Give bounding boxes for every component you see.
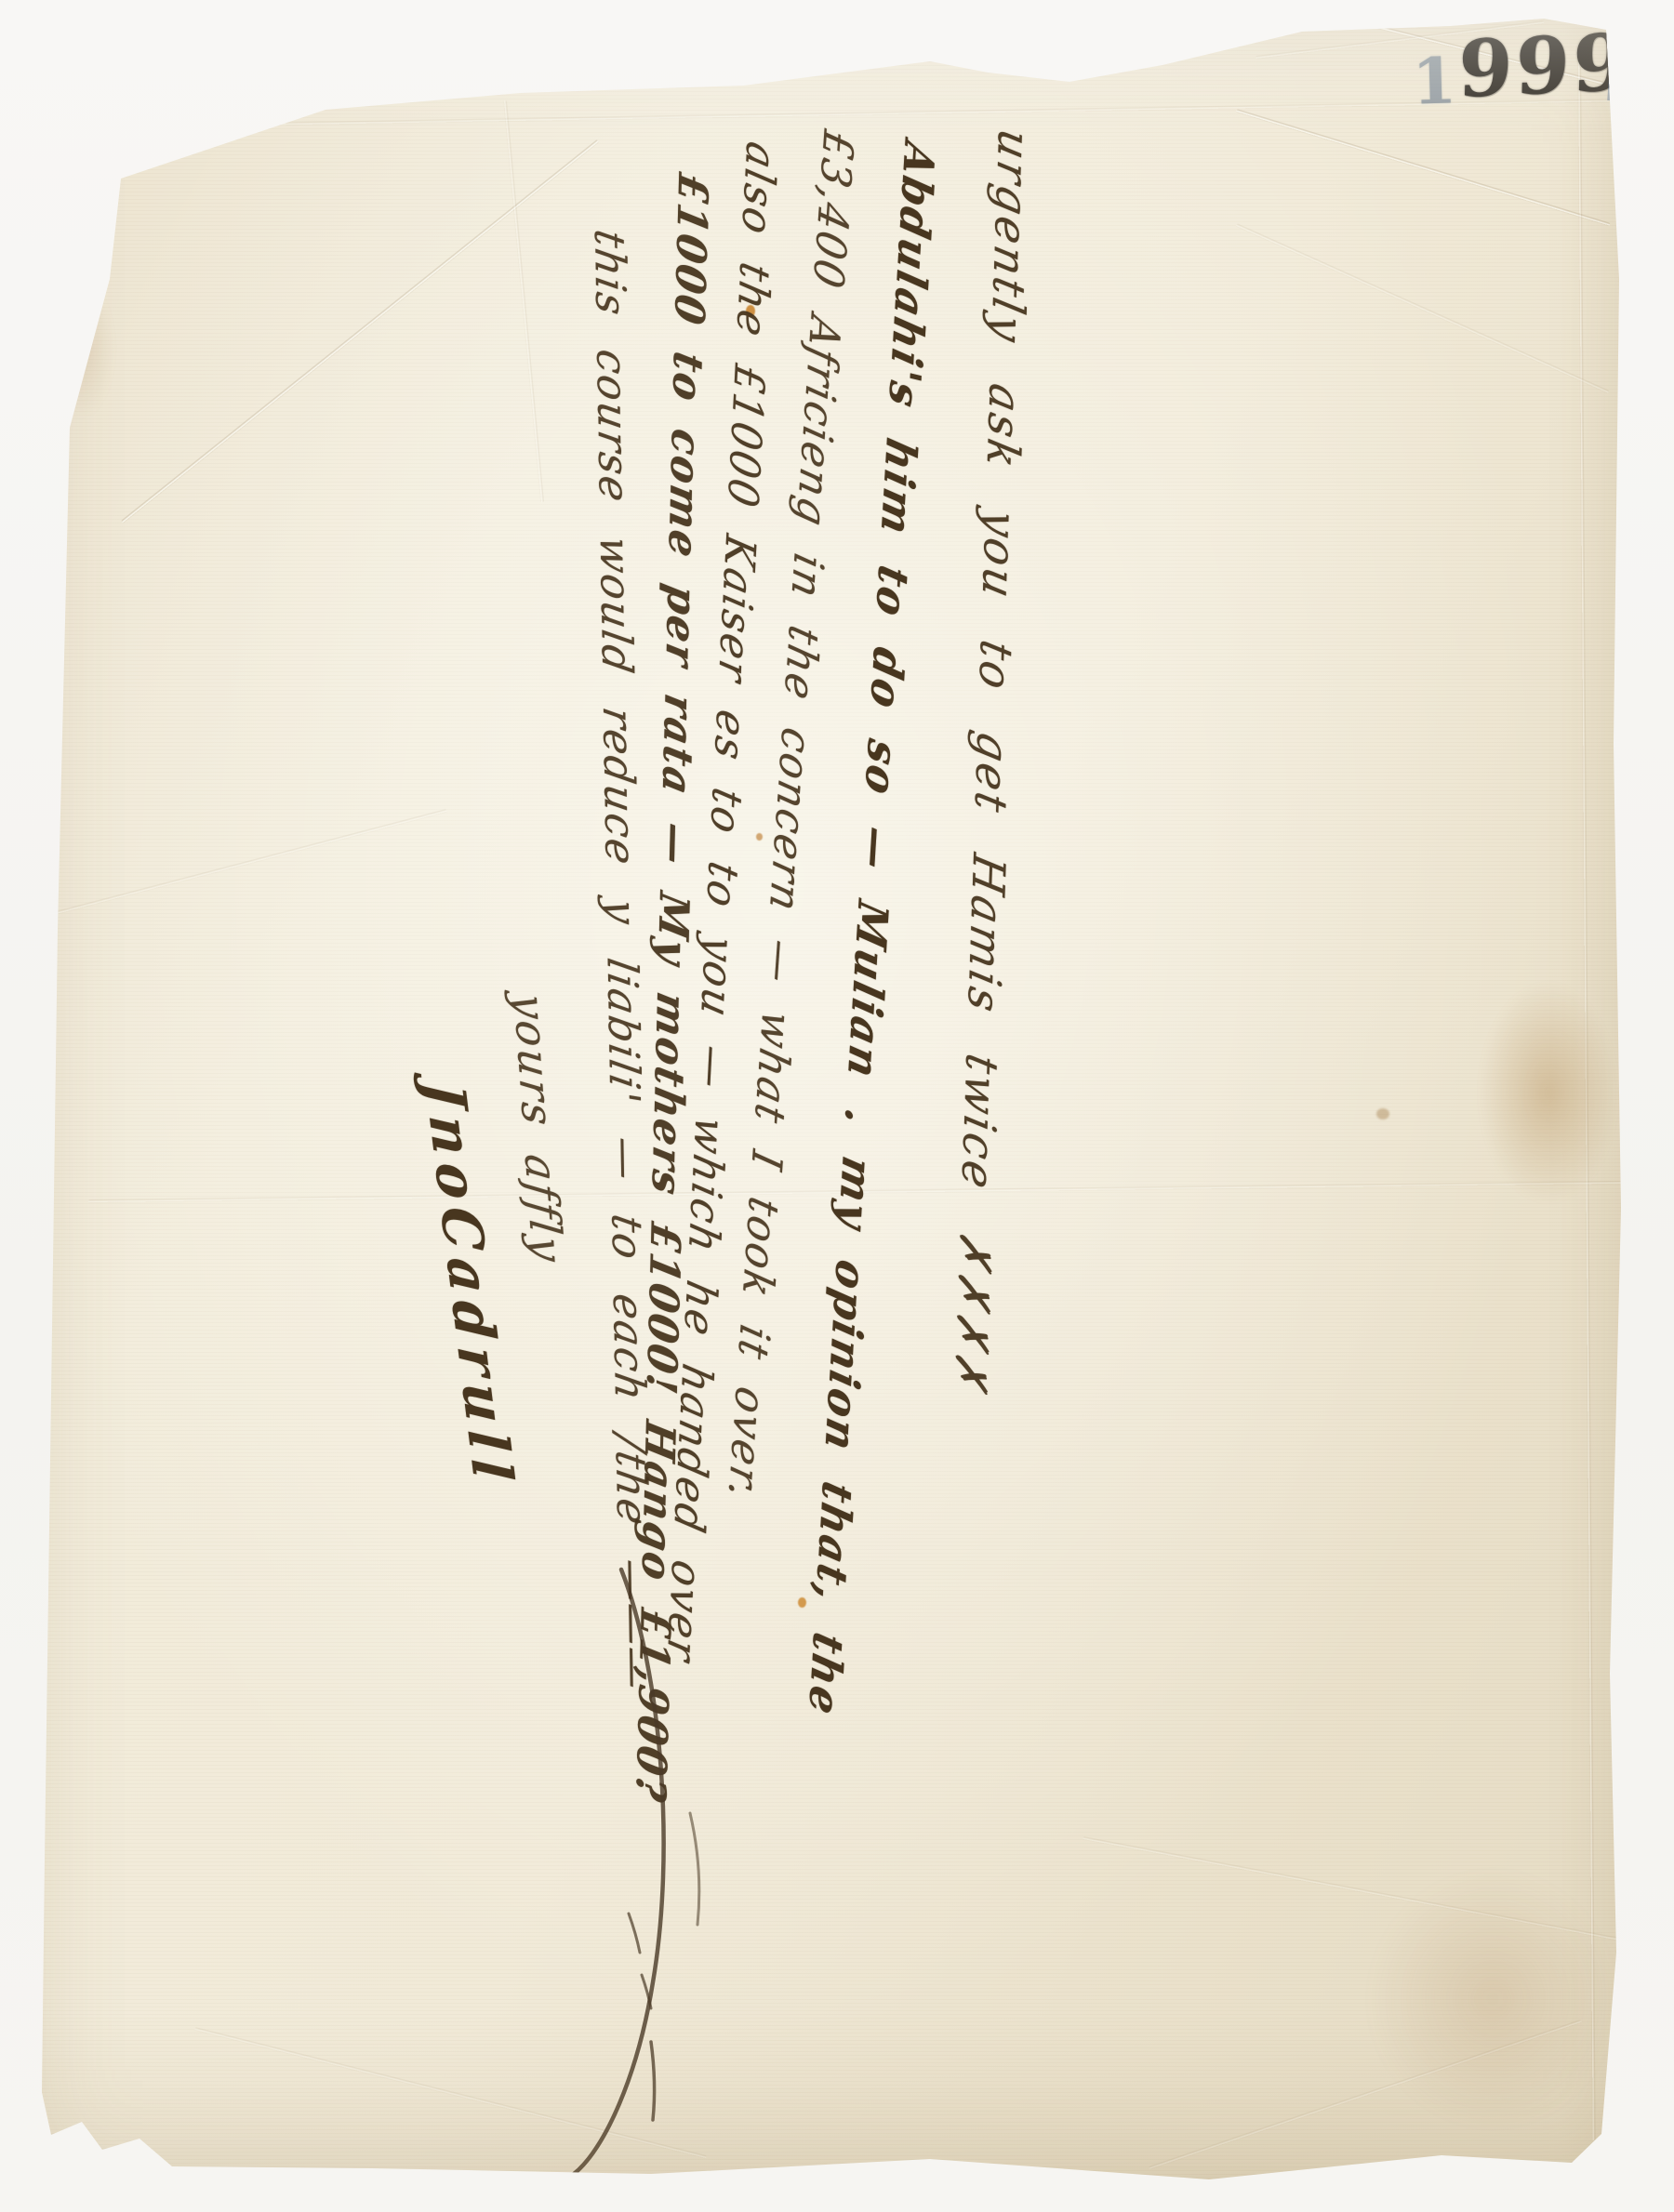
stain-mark xyxy=(1376,1108,1389,1119)
letter-line: urgently ask you to get Hamis twice ✗✗✗✗ xyxy=(944,125,1040,1397)
letter-line: £1000 to come per rata — My mothers £100… xyxy=(626,169,716,1808)
stamp-faint-digit: 1 xyxy=(1412,49,1460,113)
letter-line: £3,400 Africieng in the concern — what I… xyxy=(719,126,863,1505)
scanned-letter: 1999 urgently ask you to get Hamis twice… xyxy=(0,0,1674,2212)
crease-line xyxy=(1149,2020,1582,2170)
stain-mark xyxy=(798,1597,806,1608)
stain-mark xyxy=(756,833,763,841)
stain-mark xyxy=(746,305,755,317)
letter-page: 1999 urgently ask you to get Hamis twice… xyxy=(0,0,1674,2212)
crease-line xyxy=(1236,109,1611,227)
letter-line: JnoCadrull xyxy=(412,1080,526,1490)
blue-edge-mark xyxy=(1607,80,1612,100)
stain-mark xyxy=(48,279,113,418)
crease-line xyxy=(121,139,599,523)
signature-flourish-stroke xyxy=(0,0,1674,2212)
stain-mark xyxy=(1367,1869,1618,2129)
archive-stamp: 1999 xyxy=(1410,23,1631,111)
letter-line: yours affly xyxy=(503,991,573,1266)
stamp-number: 999 xyxy=(1457,23,1630,109)
letter-line: Abdulahi's him to do so — Mulian . my op… xyxy=(799,137,944,1721)
letter-line: this course would reduce y liabili' — to… xyxy=(585,227,660,1695)
crease-line xyxy=(1235,223,1609,394)
letter-line: also the £1000 Kaiser es to to you — whi… xyxy=(658,138,786,1668)
stain-mark xyxy=(1479,981,1618,1204)
crease-line xyxy=(194,2027,707,2159)
crease-line xyxy=(56,809,447,915)
crease-line xyxy=(139,99,1609,128)
crease-line xyxy=(1083,1836,1625,1942)
crease-line xyxy=(1577,46,1596,2140)
crease-line xyxy=(503,100,544,503)
crease-line xyxy=(88,1181,1626,1203)
